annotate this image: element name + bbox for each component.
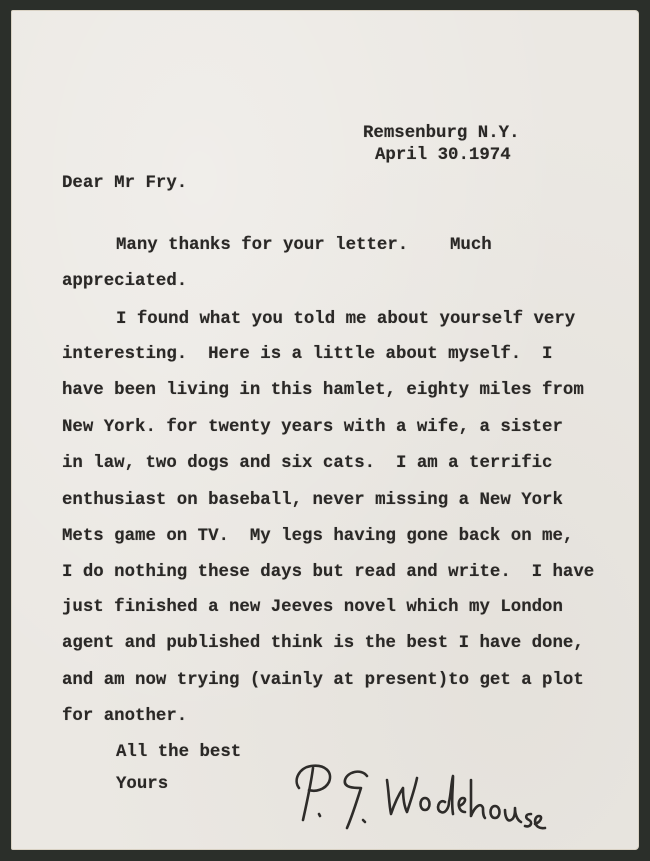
body-line: I found what you told me about yourself … — [116, 311, 575, 328]
body-line: New York. for twenty years with a wife, … — [62, 419, 563, 436]
body-line: interesting. Here is a little about myse… — [62, 346, 553, 363]
body-line: enthusiast on baseball, never missing a … — [62, 492, 563, 509]
signature-icon — [285, 758, 555, 840]
body-line: I do nothing these days but read and wri… — [62, 564, 594, 581]
body-line: Many thanks for your letter. Much — [116, 237, 492, 254]
sign-off: Yours — [116, 776, 168, 793]
sender-address: Remsenburg N.Y. — [363, 125, 520, 142]
body-line: in law, two dogs and six cats. I am a te… — [62, 455, 553, 472]
body-line: just finished a new Jeeves novel which m… — [62, 599, 563, 616]
body-line: and am now trying (vainly at present)to … — [62, 672, 584, 689]
body-line: appreciated. — [62, 273, 187, 290]
body-line: have been living in this hamlet, eighty … — [62, 382, 584, 399]
salutation: Dear Mr Fry. — [62, 175, 187, 192]
body-line: agent and published think is the best I … — [62, 635, 584, 652]
body-line: Mets game on TV. My legs having gone bac… — [62, 528, 573, 545]
closing: All the best — [116, 744, 241, 761]
letter-date: April 30.1974 — [375, 147, 511, 164]
handwritten-signature: P. G. Wodehouse — [285, 758, 555, 840]
body-line: for another. — [62, 708, 187, 725]
